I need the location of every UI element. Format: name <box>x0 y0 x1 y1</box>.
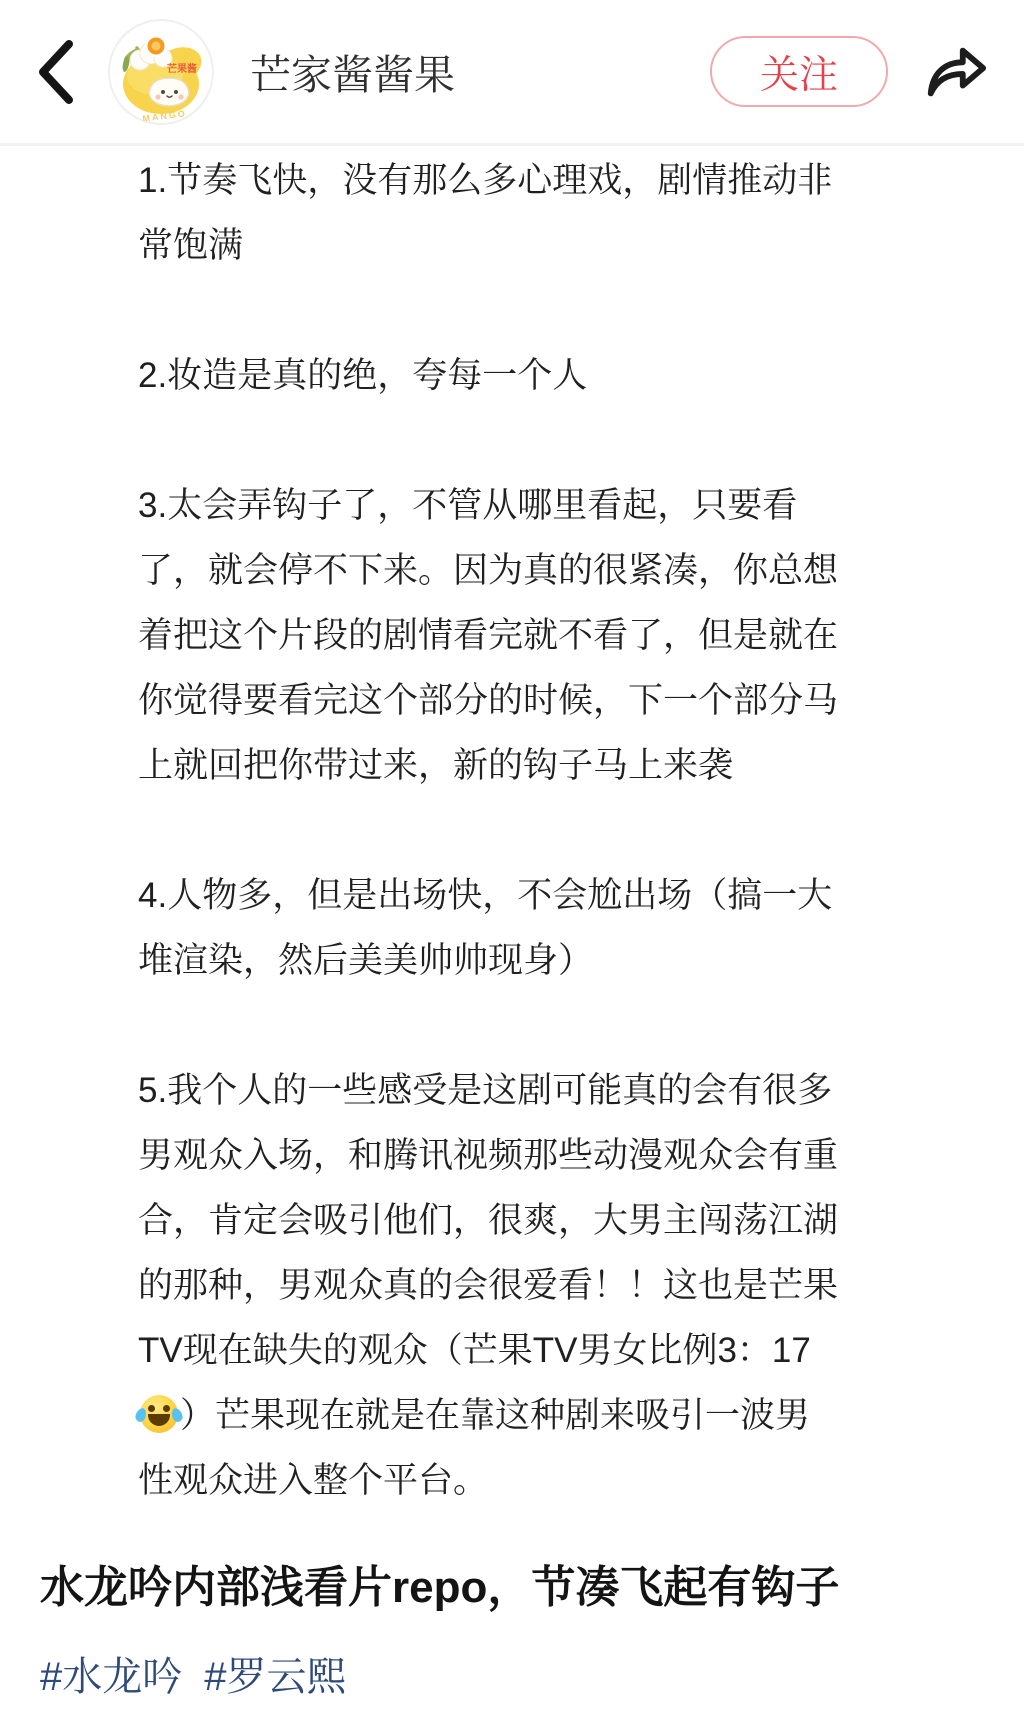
follow-button[interactable]: 关注 <box>710 36 888 107</box>
post-paragraph-3: 3.太会弄钩子了，不管从哪里看起，只要看了，就会停不下来。因为真的很紧凑，你总想… <box>138 473 839 798</box>
post-paragraph-1: 1.节奏飞快，没有那么多心理戏，剧情推动非常饱满 <box>138 148 839 278</box>
user-name[interactable]: 芒家酱酱果 <box>250 42 455 101</box>
post-body: 1.节奏飞快，没有那么多心理戏，剧情推动非常饱满 2.妆造是真的绝，夸每一个人 … <box>0 146 839 1513</box>
share-forward-arrow-icon <box>922 41 988 103</box>
chevron-left-icon <box>36 39 74 105</box>
post-title: 水龙吟内部浅看片repo，节凑飞起有钩子 <box>40 1559 984 1617</box>
hashtag-luoyunxi[interactable]: #罗云熙 <box>204 1653 346 1701</box>
follow-button-label: 关注 <box>760 44 838 100</box>
post-paragraph-5: 5.我个人的一些感受是这剧可能真的会有很多男观众入场，和腾讯视频那些动漫观众会有… <box>138 1058 839 1513</box>
back-button[interactable] <box>36 36 82 108</box>
hashtag-shuilongyin[interactable]: #水龙吟 <box>40 1653 182 1701</box>
avatar[interactable]: 芒果酱 MANGO <box>108 19 214 125</box>
avatar-image: 芒果酱 MANGO <box>109 20 213 124</box>
share-button[interactable] <box>922 40 988 104</box>
post-header: 芒果酱 MANGO 芒家酱酱果 关注 <box>0 0 1024 143</box>
hashtag-row: #水龙吟 #罗云熙 <box>40 1653 984 1701</box>
post-paragraph-4: 4.人物多，但是出场快，不会尬出场（搞一大堆渲染，然后美美帅帅现身） <box>138 863 839 993</box>
joy-emoji <box>140 1395 178 1433</box>
post-paragraph-2: 2.妆造是真的绝，夸每一个人 <box>138 343 839 408</box>
avatar-badge-text: 芒果酱 <box>167 62 197 75</box>
